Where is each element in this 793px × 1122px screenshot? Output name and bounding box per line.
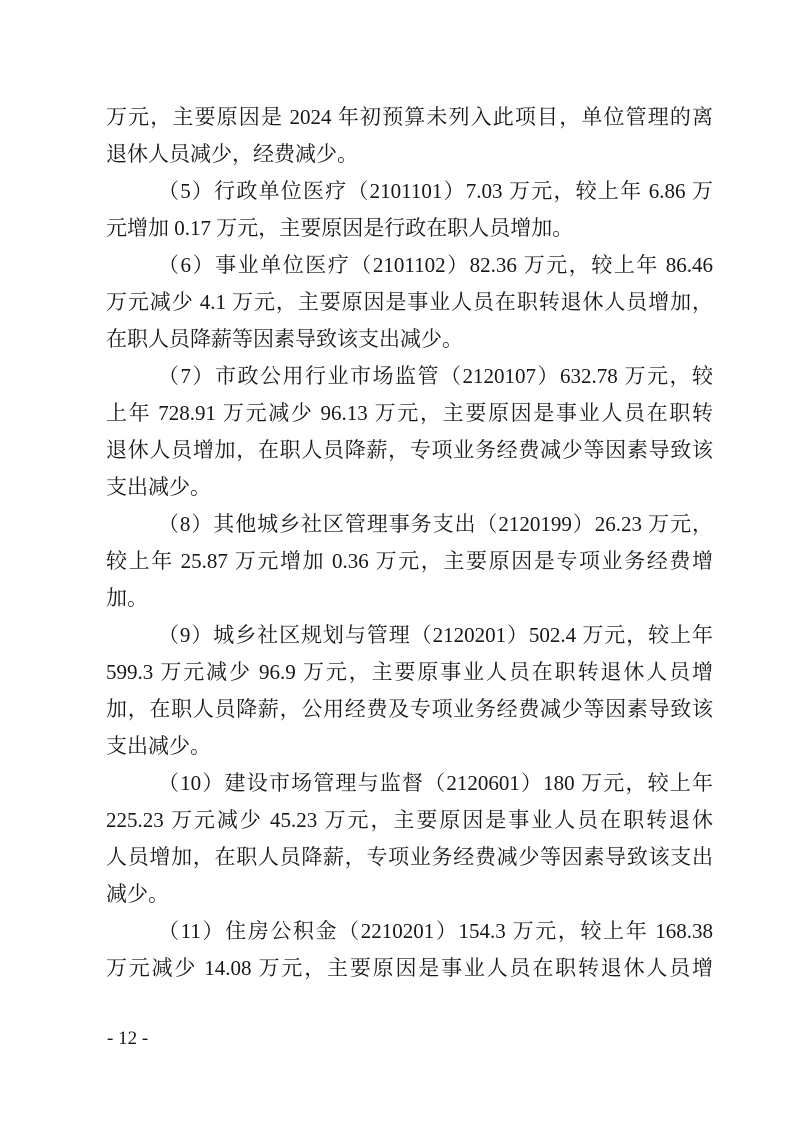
text-line: 万元减少 4.1 万元，主要原因是事业人员在职转退休人员增加， xyxy=(106,284,713,321)
paragraph: （6）事业单位医疗（2101102）82.36 万元，较上年 86.46万元减少… xyxy=(106,247,713,358)
paragraph: （7）市政公用行业市场监管（2120107）632.78 万元，较上年 728.… xyxy=(106,358,713,506)
text-line: 减少。 xyxy=(106,876,713,913)
paragraph: （5）行政单位医疗（2101101）7.03 万元，较上年 6.86 万元增加 … xyxy=(106,173,713,247)
text-line: 在职人员降薪等因素导致该支出减少。 xyxy=(106,321,713,358)
text-line: 较上年 25.87 万元增加 0.36 万元，主要原因是专项业务经费增 xyxy=(106,543,713,580)
text-line: 人员增加，在职人员降薪，专项业务经费减少等因素导致该支出 xyxy=(106,839,713,876)
text-line: 退休人员减少，经费减少。 xyxy=(106,136,713,173)
text-line: 支出减少。 xyxy=(106,728,713,765)
paragraph: （8）其他城乡社区管理事务支出（2120199）26.23 万元，较上年 25.… xyxy=(106,506,713,617)
text-line: 退休人员增加，在职人员降薪，专项业务经费减少等因素导致该 xyxy=(106,432,713,469)
text-line: （9）城乡社区规划与管理（2120201）502.4 万元，较上年 xyxy=(106,617,713,654)
text-line: 元增加 0.17 万元，主要原因是行政在职人员增加。 xyxy=(106,210,713,247)
text-line: （10）建设市场管理与监督（2120601）180 万元，较上年 xyxy=(106,765,713,802)
text-line: 加。 xyxy=(106,580,713,617)
text-line: （7）市政公用行业市场监管（2120107）632.78 万元，较 xyxy=(106,358,713,395)
document-page: 万元，主要原因是 2024 年初预算未列入此项目，单位管理的离退休人员减少，经费… xyxy=(0,0,793,1122)
paragraph: （11）住房公积金（2210201）154.3 万元，较上年 168.38万元减… xyxy=(106,913,713,987)
page-number: - 12 - xyxy=(107,1024,148,1054)
text-line: （11）住房公积金（2210201）154.3 万元，较上年 168.38 xyxy=(106,913,713,950)
text-line: 万元，主要原因是 2024 年初预算未列入此项目，单位管理的离 xyxy=(106,99,713,136)
text-line: （8）其他城乡社区管理事务支出（2120199）26.23 万元， xyxy=(106,506,713,543)
text-line: 599.3 万元减少 96.9 万元，主要原事业人员在职转退休人员增 xyxy=(106,654,713,691)
paragraph: （10）建设市场管理与监督（2120601）180 万元，较上年225.23 万… xyxy=(106,765,713,913)
text-line: 225.23 万元减少 45.23 万元，主要原因是事业人员在职转退休 xyxy=(106,802,713,839)
text-line: （6）事业单位医疗（2101102）82.36 万元，较上年 86.46 xyxy=(106,247,713,284)
text-line: 加，在职人员降薪，公用经费及专项业务经费减少等因素导致该 xyxy=(106,691,713,728)
text-line: （5）行政单位医疗（2101101）7.03 万元，较上年 6.86 万 xyxy=(106,173,713,210)
text-line: 万元减少 14.08 万元，主要原因是事业人员在职转退休人员增 xyxy=(106,950,713,987)
text-line: 上年 728.91 万元减少 96.13 万元，主要原因是事业人员在职转 xyxy=(106,395,713,432)
paragraph: （9）城乡社区规划与管理（2120201）502.4 万元，较上年599.3 万… xyxy=(106,617,713,765)
text-line: 支出减少。 xyxy=(106,469,713,506)
body-text: 万元，主要原因是 2024 年初预算未列入此项目，单位管理的离退休人员减少，经费… xyxy=(106,99,713,987)
paragraph: 万元，主要原因是 2024 年初预算未列入此项目，单位管理的离退休人员减少，经费… xyxy=(106,99,713,173)
